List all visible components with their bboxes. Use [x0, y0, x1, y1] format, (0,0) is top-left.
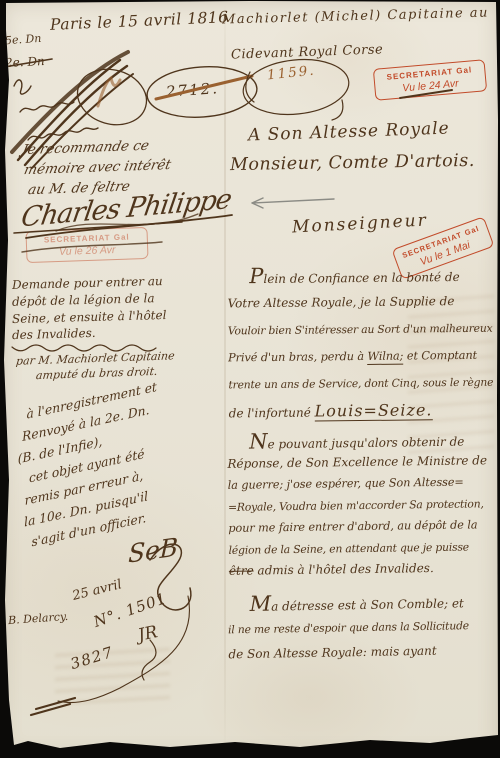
body-paragraph-3: Ma détresse est à Son Comble; et il ne m…	[227, 588, 498, 668]
body-line: Ne pouvant jusqu'alors obtenir de	[227, 428, 497, 453]
division-note-crossed: 2e. Dn	[5, 54, 45, 70]
scribble-word	[28, 128, 98, 140]
faint-mark-in-oval	[98, 78, 120, 106]
body-line: Privé d'un bras, perdu à Wilna; et Compt…	[228, 342, 498, 372]
body-line-text: a détresse est à Son Comble; et	[271, 596, 464, 613]
drop-initial: N	[249, 429, 268, 453]
body-line-text: lein de Confiance en la bonté de	[263, 270, 459, 286]
body-line: de l'infortuné Louis=Seize.	[229, 396, 499, 426]
pencil-arrow	[252, 198, 334, 208]
registry-number-crossed: 2712.	[165, 79, 219, 101]
registration-note: à l'enregistrement et Renvoyé à la 2e. D…	[14, 364, 220, 554]
salutation: Monseigneur	[292, 210, 429, 237]
paper-sheet: Paris le 15 avril 1816 5e. Dn 2e. Dn Mac…	[0, 0, 500, 758]
address-line-2: Monsieur, Comte D'artois.	[230, 151, 475, 175]
body-line: être admis à l'hôtel des Invalides.	[229, 557, 499, 582]
footer-date-note: 25 avril	[71, 577, 123, 604]
document-scan: Paris le 15 avril 1816 5e. Dn 2e. Dn Mac…	[0, 0, 500, 758]
scribble-word	[20, 102, 74, 112]
body-line: la guerre; j'ose espérer, que Son Altess…	[228, 471, 498, 496]
drop-initial: P	[249, 264, 263, 288]
underlined-word-wilna: Wilna;	[367, 350, 403, 365]
scribble-word	[14, 80, 31, 94]
body-line-text: e pouvant jusqu'alors obtenir de	[267, 435, 464, 452]
body-line: Votre Altesse Royale, je la Supplie de	[227, 288, 497, 318]
secretariat-stamp-april-26: SECRETARIAT Gal Vu le 26 Avr	[25, 227, 148, 263]
drop-initial: M	[249, 592, 271, 616]
small-oval	[71, 61, 153, 132]
regiment-line: Cidevant Royal Corse	[231, 42, 384, 62]
body-line: pour me faire entrer d'abord, au dépôt d…	[228, 514, 498, 539]
registry-number-oval: 1159.	[266, 63, 316, 84]
captain-name-line: Machiorlet (Michel) Capitaine au	[222, 6, 489, 28]
underlined-name-louis-seize: Louis=Seize.	[315, 400, 433, 421]
secretariat-stamp-april-24: SECRETARIAT Gal Vu le 24 Avr	[373, 59, 487, 101]
body-line: légion de la Seine, en attendant que je …	[228, 536, 498, 561]
body-line: il ne me reste d'espoir que dans la Soll…	[228, 613, 498, 643]
body-paragraph-2: Ne pouvant jusqu'alors obtenir de Répons…	[227, 428, 499, 582]
clerk-name: B. Delarcy.	[8, 610, 69, 627]
margin-summary-line-1: Demande pour entrer au	[12, 274, 163, 292]
dateline: Paris le 15 avril 1816	[50, 8, 229, 34]
stamp-date: Vu le 26 Avr	[31, 243, 143, 259]
body-line: Plein de Confiance en la bonté de	[227, 261, 497, 291]
body-line-text: de l'infortuné	[229, 406, 315, 421]
address-line-1: A Son Altesse Royale	[248, 118, 450, 145]
margin-summary-line-2: dépôt de la légion de la	[12, 291, 155, 309]
footer-paraph: JR	[136, 622, 159, 646]
apostille-line-1: Je recommande ce	[21, 138, 151, 159]
struck-word-etre: être	[229, 564, 254, 578]
body-line-text: et Comptant	[403, 349, 477, 363]
registration-paraph: SeB	[128, 532, 179, 568]
division-note-top: 5e. Dn	[5, 32, 42, 48]
fold-crease	[224, 0, 226, 758]
body-paragraph-1: Plein de Confiance en la bonté de Votre …	[227, 261, 499, 426]
apostille-line-2: mémoire avec intérêt	[23, 157, 173, 178]
body-line-text: Privé d'un bras, perdu à	[228, 350, 367, 364]
body-line: de Son Altesse Royale: mais ayant	[228, 638, 498, 668]
margin-summary-line-4: des Invalides.	[12, 326, 96, 342]
body-line: trente un ans de Service, dont Cinq, sou…	[228, 369, 498, 399]
body-line-text: admis à l'hôtel des Invalides.	[254, 561, 434, 578]
margin-summary-line-3: Seine, et ensuite à l'hôtel	[12, 308, 167, 326]
body-line: Vouloir bien S'intéresser au Sort d'un m…	[228, 315, 498, 345]
